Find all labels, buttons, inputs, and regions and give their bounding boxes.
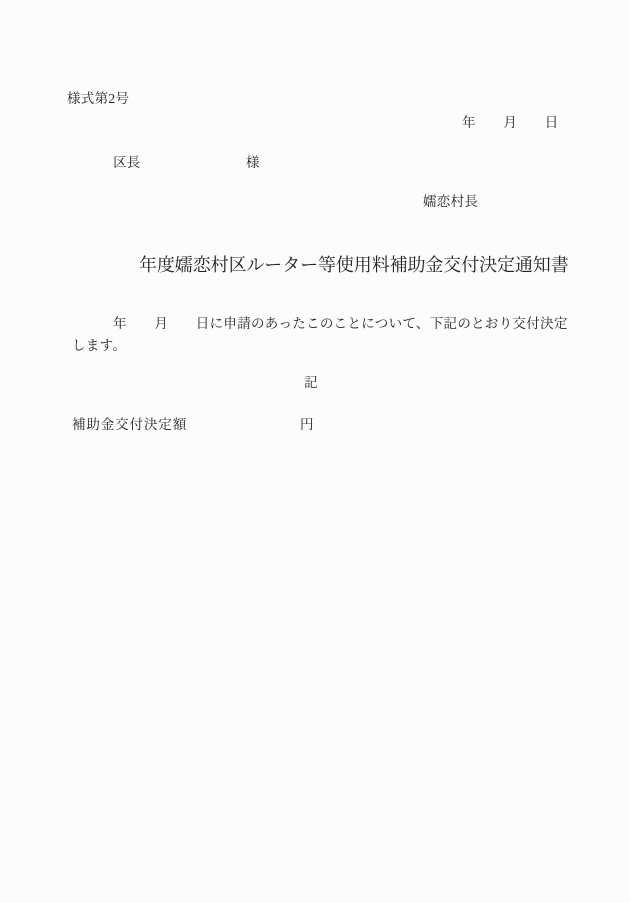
record-marker: 記 [0,375,622,391]
form-number: 様式第2号 [67,91,129,107]
document-title: 年度嬬恋村区ルーター等使用料補助金交付決定通知書 [139,255,569,277]
amount-label: 補助金交付決定額 [72,417,187,433]
amount-unit: 円 [300,417,314,433]
body-line-1: 年 月 日に申請のあったこのことについて、下記のとおり交付決定 [113,316,568,332]
body-line-2: します。 [72,338,126,354]
recipient-row: 区長 様 [0,155,630,173]
amount-row: 補助金交付決定額 円 [0,417,630,435]
date-blank-line: 年 月 日 [462,115,559,131]
document-page: 様式第2号 年 月 日 区長 様 嬬恋村長 年度嬬恋村区ルーター等使用料補助金交… [0,0,630,903]
sender-name: 嬬恋村長 [423,194,478,210]
recipient-title: 区長 [113,155,141,171]
recipient-honorific: 様 [246,155,260,171]
